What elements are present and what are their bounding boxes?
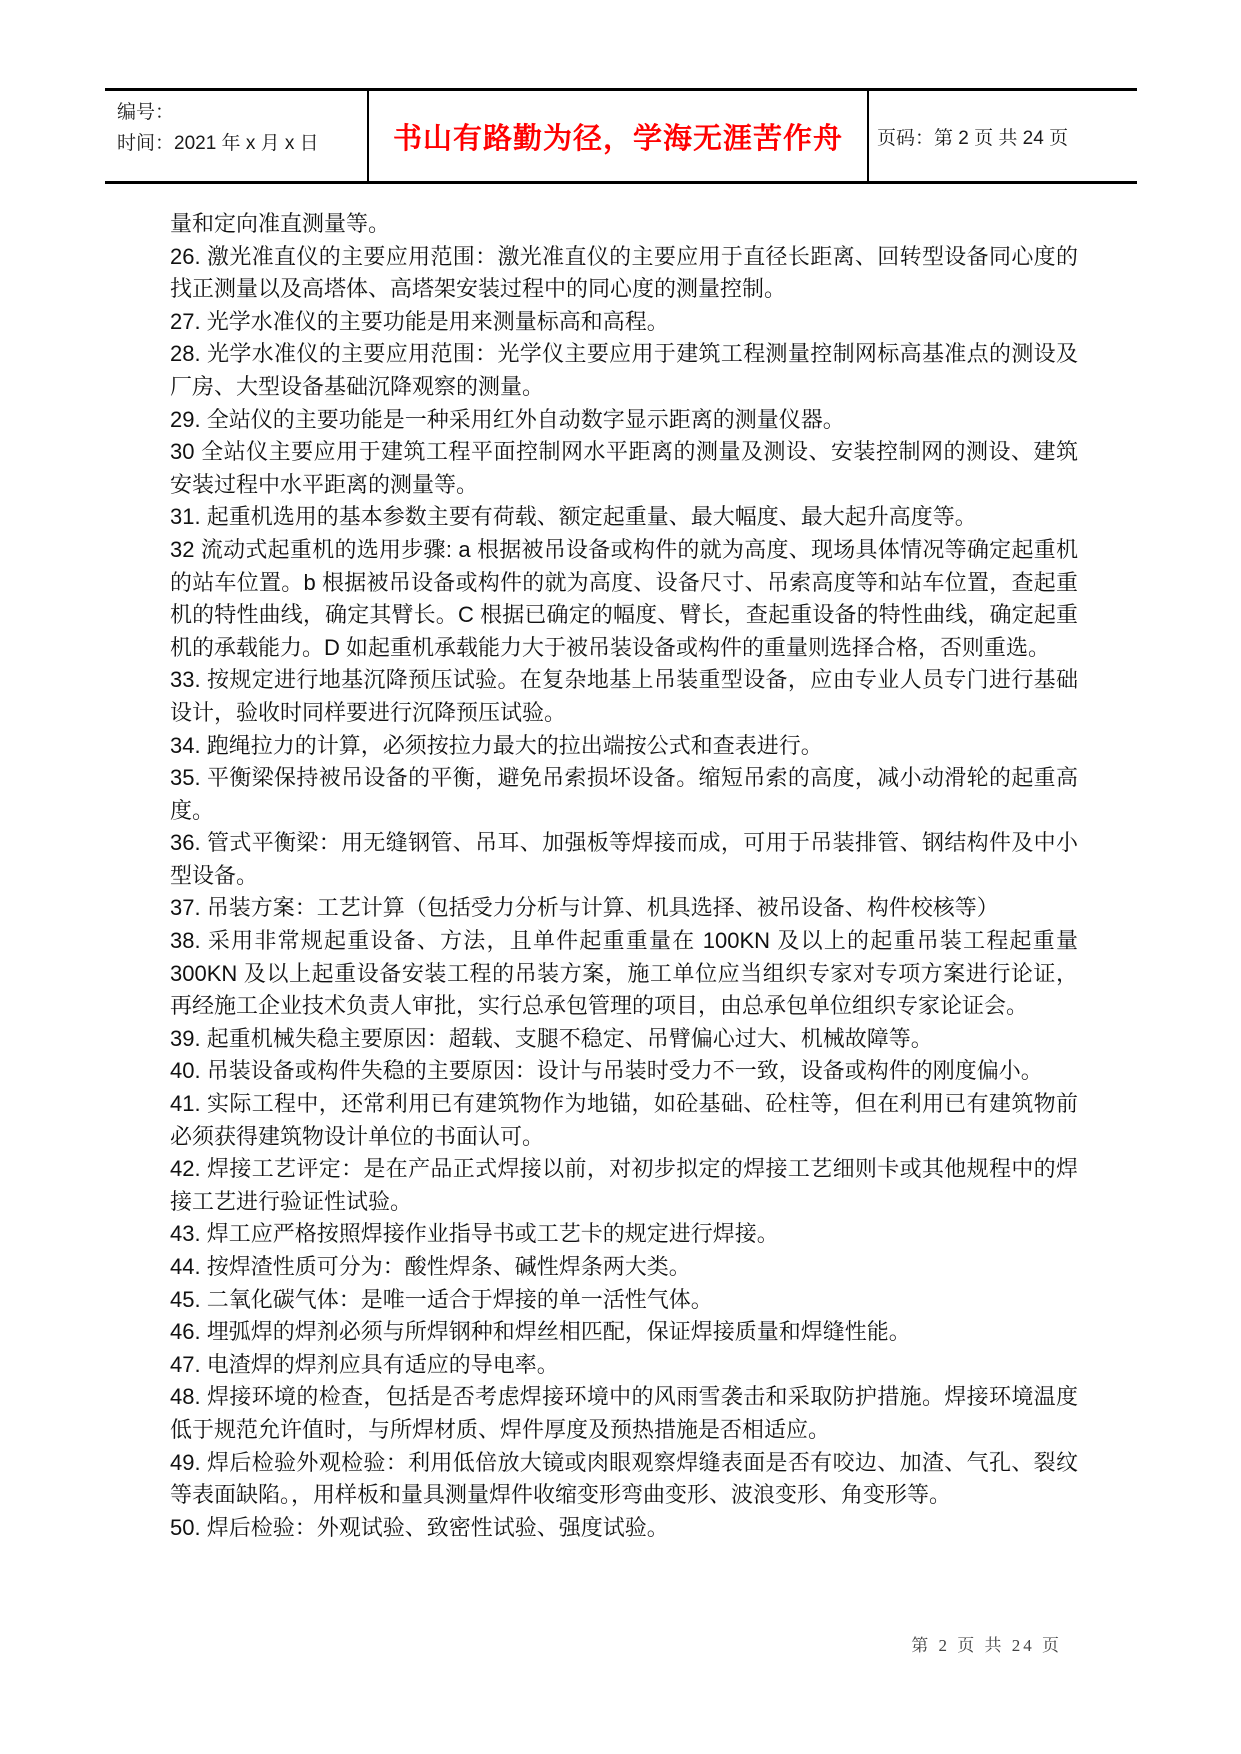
list-item: 33. 按规定进行地基沉降预压试验。在复杂地基上吊装重型设备，应由专业人员专门进… <box>170 664 1078 729</box>
list-item: 35. 平衡梁保持被吊设备的平衡，避免吊索损坏设备。缩短吊索的高度，减小动滑轮的… <box>170 762 1078 827</box>
list-item: 38. 采用非常规起重设备、方法，且单件起重重量在 100KN 及以上的起重吊装… <box>170 925 1078 1023</box>
list-item: 39. 起重机械失稳主要原因：超载、支腿不稳定、吊臂偏心过大、机械故障等。 <box>170 1023 1078 1056</box>
document-number-label: 编号： <box>117 97 367 128</box>
list-item: 48. 焊接环境的检查，包括是否考虑焊接环境中的风雨雪袭击和采取防护措施。焊接环… <box>170 1381 1078 1446</box>
list-item: 46. 埋弧焊的焊剂必须与所焊钢种和焊丝相匹配，保证焊接质量和焊缝性能。 <box>170 1316 1078 1349</box>
list-item: 44. 按焊渣性质可分为：酸性焊条、碱性焊条两大类。 <box>170 1251 1078 1284</box>
motto-text: 书山有路勤为径，学海无涯苦作舟 <box>393 116 843 157</box>
list-item: 31. 起重机选用的基本参数主要有荷载、额定起重量、最大幅度、最大起升高度等。 <box>170 501 1078 534</box>
list-item: 34. 跑绳拉力的计算，必须按拉力最大的拉出端按公式和查表进行。 <box>170 730 1078 763</box>
list-item: 29. 全站仪的主要功能是一种采用红外自动数字显示距离的测量仪器。 <box>170 404 1078 437</box>
list-item: 43. 焊工应严格按照焊接作业指导书或工艺卡的规定进行焊接。 <box>170 1218 1078 1251</box>
list-item: 47. 电渣焊的焊剂应具有适应的导电率。 <box>170 1349 1078 1382</box>
list-item: 36. 管式平衡梁：用无缝钢管、吊耳、加强板等焊接而成，可用于吊装排管、钢结构件… <box>170 827 1078 892</box>
document-date-label: 时间：2021 年 x 月 x 日 <box>117 128 367 159</box>
header-meta-cell: 编号： 时间：2021 年 x 月 x 日 <box>105 91 367 181</box>
list-item: 49. 焊后检验外观检验：利用低倍放大镜或肉眼观察焊缝表面是否有咬边、加渣、气孔… <box>170 1447 1078 1512</box>
list-item: 50. 焊后检验：外观试验、致密性试验、强度试验。 <box>170 1512 1078 1545</box>
list-item: 量和定向准直测量等。 <box>170 208 1078 241</box>
header-page-cell: 页码：第 2 页 共 24 页 <box>869 91 1137 181</box>
notes-list: 量和定向准直测量等。 26. 激光准直仪的主要应用范围：激光准直仪的主要应用于直… <box>170 208 1078 1544</box>
list-item: 32 流动式起重机的选用步骤: a 根据被吊设备或构件的就为高度、现场具体情况等… <box>170 534 1078 664</box>
list-item: 40. 吊装设备或构件失稳的主要原因：设计与吊装时受力不一致，设备或构件的刚度偏… <box>170 1055 1078 1088</box>
list-item: 28. 光学水准仪的主要应用范围：光学仪主要应用于建筑工程测量控制网标高基准点的… <box>170 338 1078 403</box>
list-item: 27. 光学水准仪的主要功能是用来测量标高和高程。 <box>170 306 1078 339</box>
list-item: 37. 吊装方案：工艺计算（包括受力分析与计算、机具选择、被吊设备、构件校核等） <box>170 892 1078 925</box>
header-motto-cell: 书山有路勤为径，学海无涯苦作舟 <box>369 91 867 181</box>
list-item: 30 全站仪主要应用于建筑工程平面控制网水平距离的测量及测设、安装控制网的测设、… <box>170 436 1078 501</box>
list-item: 26. 激光准直仪的主要应用范围：激光准直仪的主要应用于直径长距离、回转型设备同… <box>170 241 1078 306</box>
list-item: 41. 实际工程中，还常利用已有建筑物作为地锚，如砼基础、砼柱等，但在利用已有建… <box>170 1088 1078 1153</box>
document-page: 编号： 时间：2021 年 x 月 x 日 书山有路勤为径，学海无涯苦作舟 页码… <box>0 0 1241 1754</box>
footer-page-indicator: 第 2 页 共 24 页 <box>911 1631 1062 1656</box>
list-item: 42. 焊接工艺评定：是在产品正式焊接以前，对初步拟定的焊接工艺细则卡或其他规程… <box>170 1153 1078 1218</box>
list-item: 45. 二氧化碳气体：是唯一适合于焊接的单一活性气体。 <box>170 1284 1078 1317</box>
page-number-label: 页码：第 2 页 共 24 页 <box>877 123 1068 150</box>
header-table: 编号： 时间：2021 年 x 月 x 日 书山有路勤为径，学海无涯苦作舟 页码… <box>105 88 1137 184</box>
